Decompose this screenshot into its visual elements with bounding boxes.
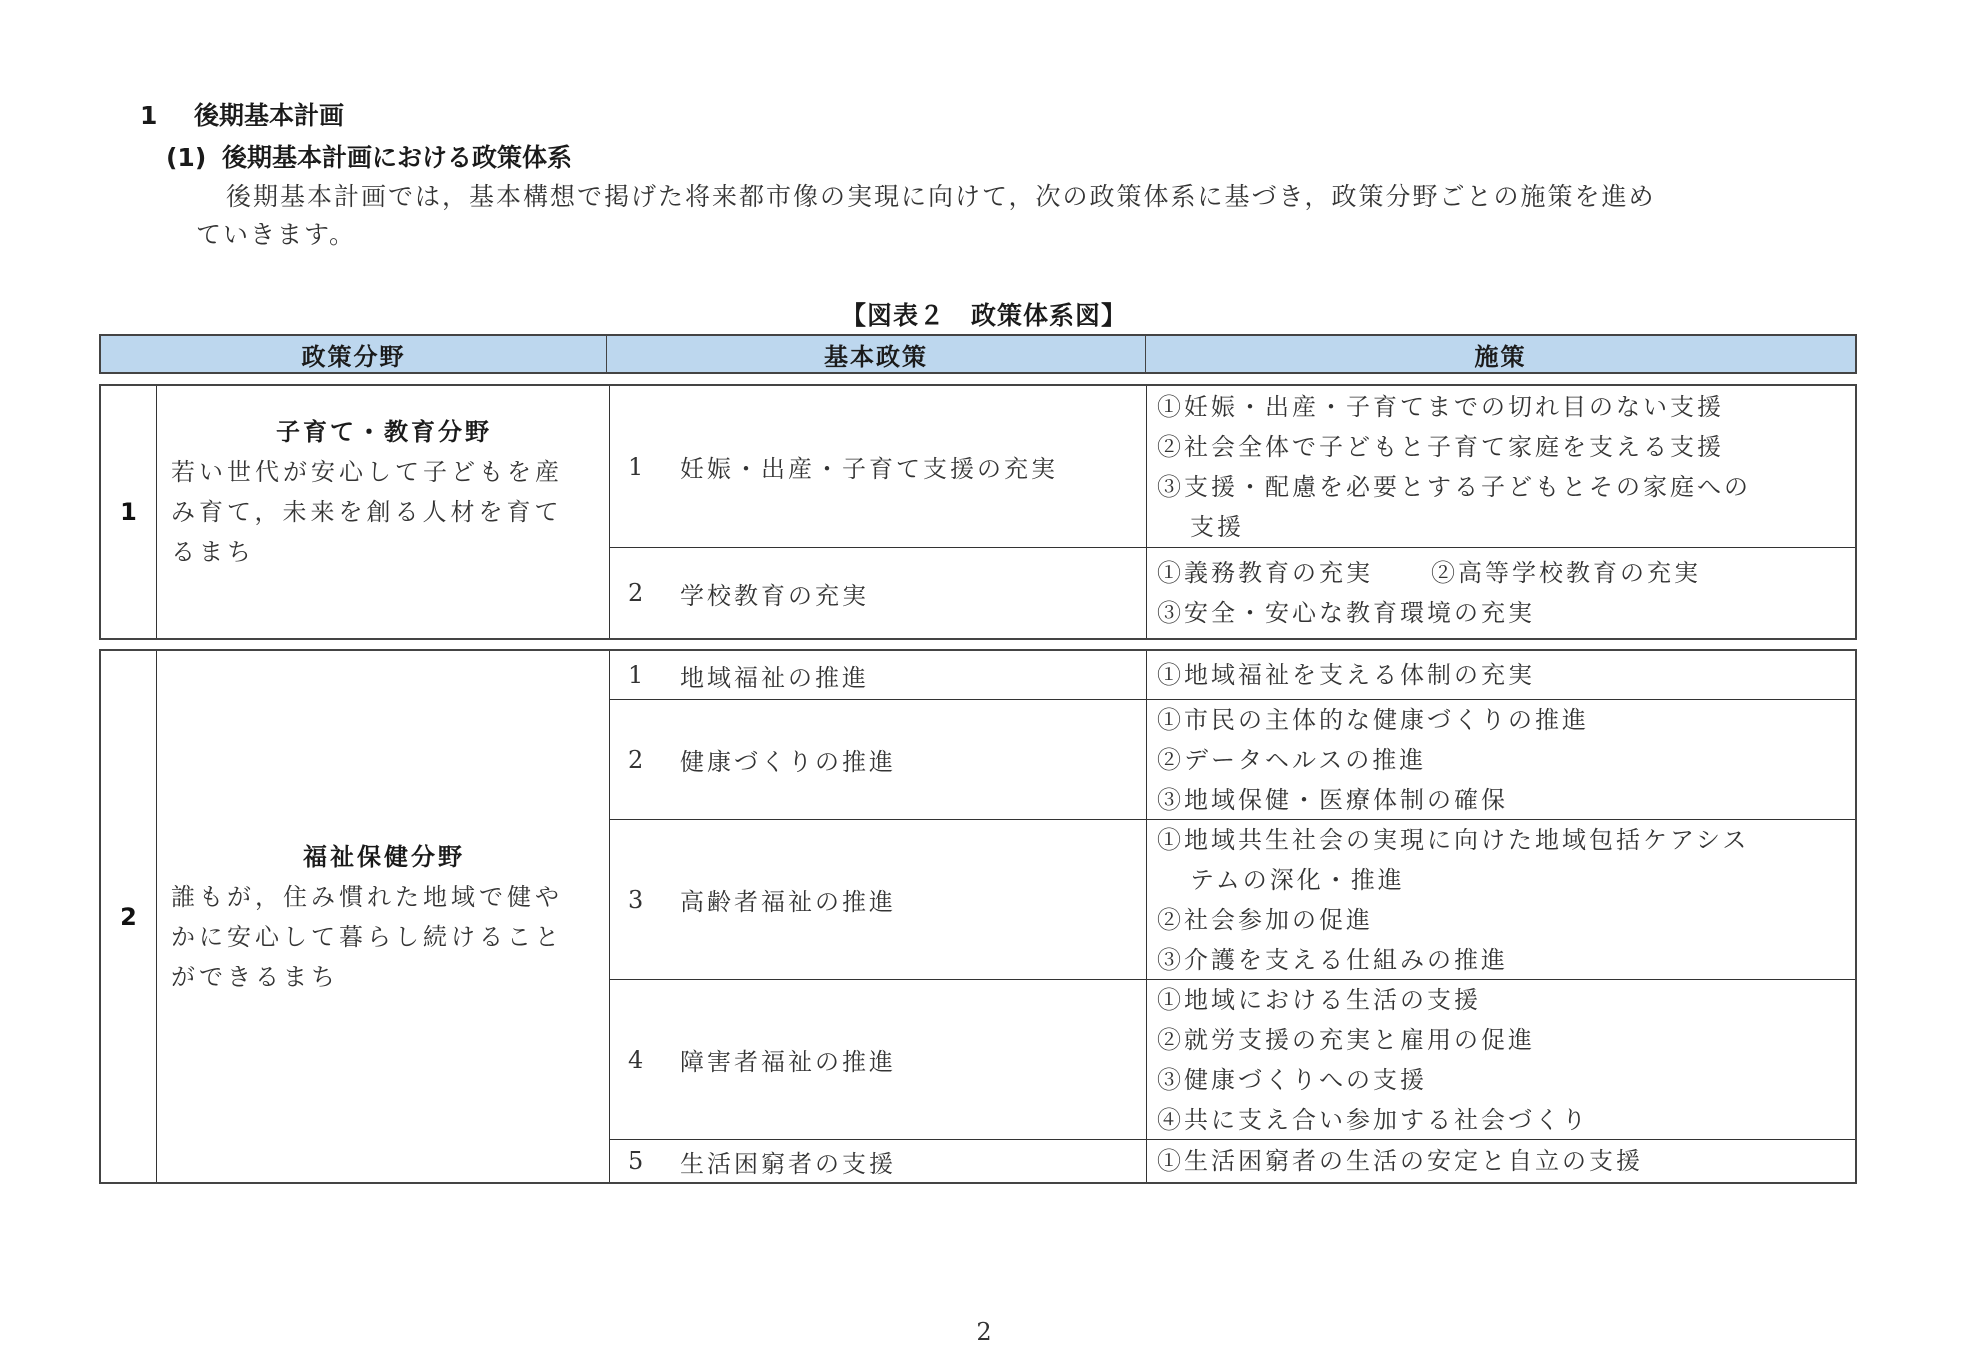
measure-item: ③地域保健・医療体制の確保 xyxy=(1157,780,1855,820)
basic-policy-cell: 4障害者福祉の推進 xyxy=(610,979,1147,1139)
basic-policy-label: 学校教育の充実 xyxy=(680,576,869,611)
basic-policy-cell: 1地域福祉の推進 xyxy=(610,651,1147,699)
basic-policy-number: 2 xyxy=(628,746,680,774)
figure-caption: 【図表２ 政策体系図】 xyxy=(0,296,1968,332)
field-description-line: 若い世代が安心して子どもを産 xyxy=(171,452,597,492)
basic-policy-label: 地域福祉の推進 xyxy=(680,658,869,693)
measure-item: ③安全・安心な教育環境の充実 xyxy=(1157,593,1855,633)
field-description-line: かに安心して暮らし続けること xyxy=(171,917,597,957)
measures-cell: ①生活困窮者の生活の安定と自立の支援 xyxy=(1147,1139,1855,1182)
measure-item: ②社会参加の促進 xyxy=(1157,900,1855,940)
measures-cell: ①妊娠・出産・子育てまでの切れ目のない支援 ②社会全体で子どもと子育て家庭を支え… xyxy=(1147,386,1855,547)
measure-item: ②高等学校教育の充実 xyxy=(1431,559,1701,587)
basic-policy-cell: 5生活困窮者の支援 xyxy=(610,1139,1147,1182)
measure-item: ②社会全体で子どもと子育て家庭を支える支援 xyxy=(1157,427,1855,467)
basic-policy-cell: 2健康づくりの推進 xyxy=(610,699,1147,819)
field-description-line: ができるまち xyxy=(171,957,597,997)
basic-policy-cell: 1妊娠・出産・子育て支援の充実 xyxy=(610,386,1147,547)
basic-policy-number: 1 xyxy=(628,453,680,481)
field-description-line: るまち xyxy=(171,532,597,572)
measure-item: ①地域共生社会の実現に向けた地域包括ケアシス xyxy=(1157,820,1855,860)
policy-field-cell: 子育て・教育分野 若い世代が安心して子どもを産 み育て，未来を創る人材を育て る… xyxy=(157,386,610,638)
measures-cell: ①地域福祉を支える体制の充実 xyxy=(1147,651,1855,699)
measures-cell: ①地域における生活の支援 ②就労支援の充実と雇用の促進 ③健康づくりへの支援 ④… xyxy=(1147,979,1855,1139)
group-number: 1 xyxy=(101,386,157,638)
measures-cell: ①地域共生社会の実現に向けた地域包括ケアシス テムの深化・推進 ②社会参加の促進… xyxy=(1147,819,1855,979)
measure-item: ①地域福祉を支える体制の充実 xyxy=(1157,655,1855,695)
measures-cell: ①義務教育の充実②高等学校教育の充実 ③安全・安心な教育環境の充実 xyxy=(1147,547,1855,638)
basic-policy-number: 4 xyxy=(628,1046,680,1074)
measure-item: ③介護を支える仕組みの推進 xyxy=(1157,940,1855,980)
subsection-number: (1) xyxy=(166,143,222,172)
policy-group-1: 1 子育て・教育分野 若い世代が安心して子どもを産 み育て，未来を創る人材を育て… xyxy=(99,384,1857,640)
field-description-line: み育て，未来を創る人材を育て xyxy=(171,492,597,532)
measure-item: ①市民の主体的な健康づくりの推進 xyxy=(1157,700,1855,740)
table-header: 政策分野 基本政策 施策 xyxy=(99,334,1857,374)
section-title: 後期基本計画 xyxy=(194,101,344,130)
header-basic-policy: 基本政策 xyxy=(606,336,1145,372)
intro-line-2: ていきます。 xyxy=(196,216,1856,254)
page-number: 2 xyxy=(0,1318,1968,1346)
header-policy-field: 政策分野 xyxy=(101,336,606,372)
subsection-title: 後期基本計画における政策体系 xyxy=(222,143,572,172)
header-measures: 施策 xyxy=(1145,336,1855,372)
measure-item: ②就労支援の充実と雇用の促進 xyxy=(1157,1020,1855,1060)
field-description-line: 誰もが，住み慣れた地域で健や xyxy=(171,877,597,917)
basic-policy-number: 5 xyxy=(628,1147,680,1175)
measure-item: ③支援・配慮を必要とする子どもとその家庭への xyxy=(1157,467,1855,507)
measure-item: ①妊娠・出産・子育てまでの切れ目のない支援 xyxy=(1157,387,1855,427)
measure-item: ②データヘルスの推進 xyxy=(1157,740,1855,780)
subsection-heading: (1)後期基本計画における政策体系 xyxy=(166,138,572,174)
measure-item-row: ①義務教育の充実②高等学校教育の充実 xyxy=(1157,553,1855,593)
measures-cell: ①市民の主体的な健康づくりの推進 ②データヘルスの推進 ③地域保健・医療体制の確… xyxy=(1147,699,1855,819)
measure-item-continuation: テムの深化・推進 xyxy=(1157,860,1855,900)
group-number: 2 xyxy=(101,651,157,1182)
policy-group-2: 2 福祉保健分野 誰もが，住み慣れた地域で健や かに安心して暮らし続けること が… xyxy=(99,649,1857,1184)
basic-policy-number: 3 xyxy=(628,886,680,914)
measure-item-continuation: 支援 xyxy=(1157,507,1855,547)
section-heading: 1後期基本計画 xyxy=(140,96,344,132)
basic-policy-label: 生活困窮者の支援 xyxy=(680,1144,896,1179)
basic-policy-label: 妊娠・出産・子育て支援の充実 xyxy=(680,449,1058,484)
basic-policy-cell: 2学校教育の充実 xyxy=(610,547,1147,638)
measure-item: ④共に支え合い参加する社会づくり xyxy=(1157,1100,1855,1140)
basic-policy-number: 2 xyxy=(628,579,680,607)
basic-policy-label: 健康づくりの推進 xyxy=(680,742,896,777)
basic-policy-cell: 3高齢者福祉の推進 xyxy=(610,819,1147,979)
basic-policy-number: 1 xyxy=(628,661,680,689)
measure-item: ①生活困窮者の生活の安定と自立の支援 xyxy=(1157,1141,1855,1181)
measure-item: ①義務教育の充実 xyxy=(1157,559,1373,587)
section-number: 1 xyxy=(140,101,194,130)
field-title: 子育て・教育分野 xyxy=(171,412,597,452)
field-title: 福祉保健分野 xyxy=(171,837,597,877)
basic-policy-label: 高齢者福祉の推進 xyxy=(680,882,896,917)
intro-line-1: 後期基本計画では，基本構想で掲げた将来都市像の実現に向けて，次の政策体系に基づき… xyxy=(196,178,1856,216)
measure-item: ①地域における生活の支援 xyxy=(1157,980,1855,1020)
measure-item: ③健康づくりへの支援 xyxy=(1157,1060,1855,1100)
intro-paragraph: 後期基本計画では，基本構想で掲げた将来都市像の実現に向けて，次の政策体系に基づき… xyxy=(196,178,1856,254)
basic-policy-label: 障害者福祉の推進 xyxy=(680,1042,896,1077)
policy-field-cell: 福祉保健分野 誰もが，住み慣れた地域で健や かに安心して暮らし続けること ができ… xyxy=(157,651,610,1182)
